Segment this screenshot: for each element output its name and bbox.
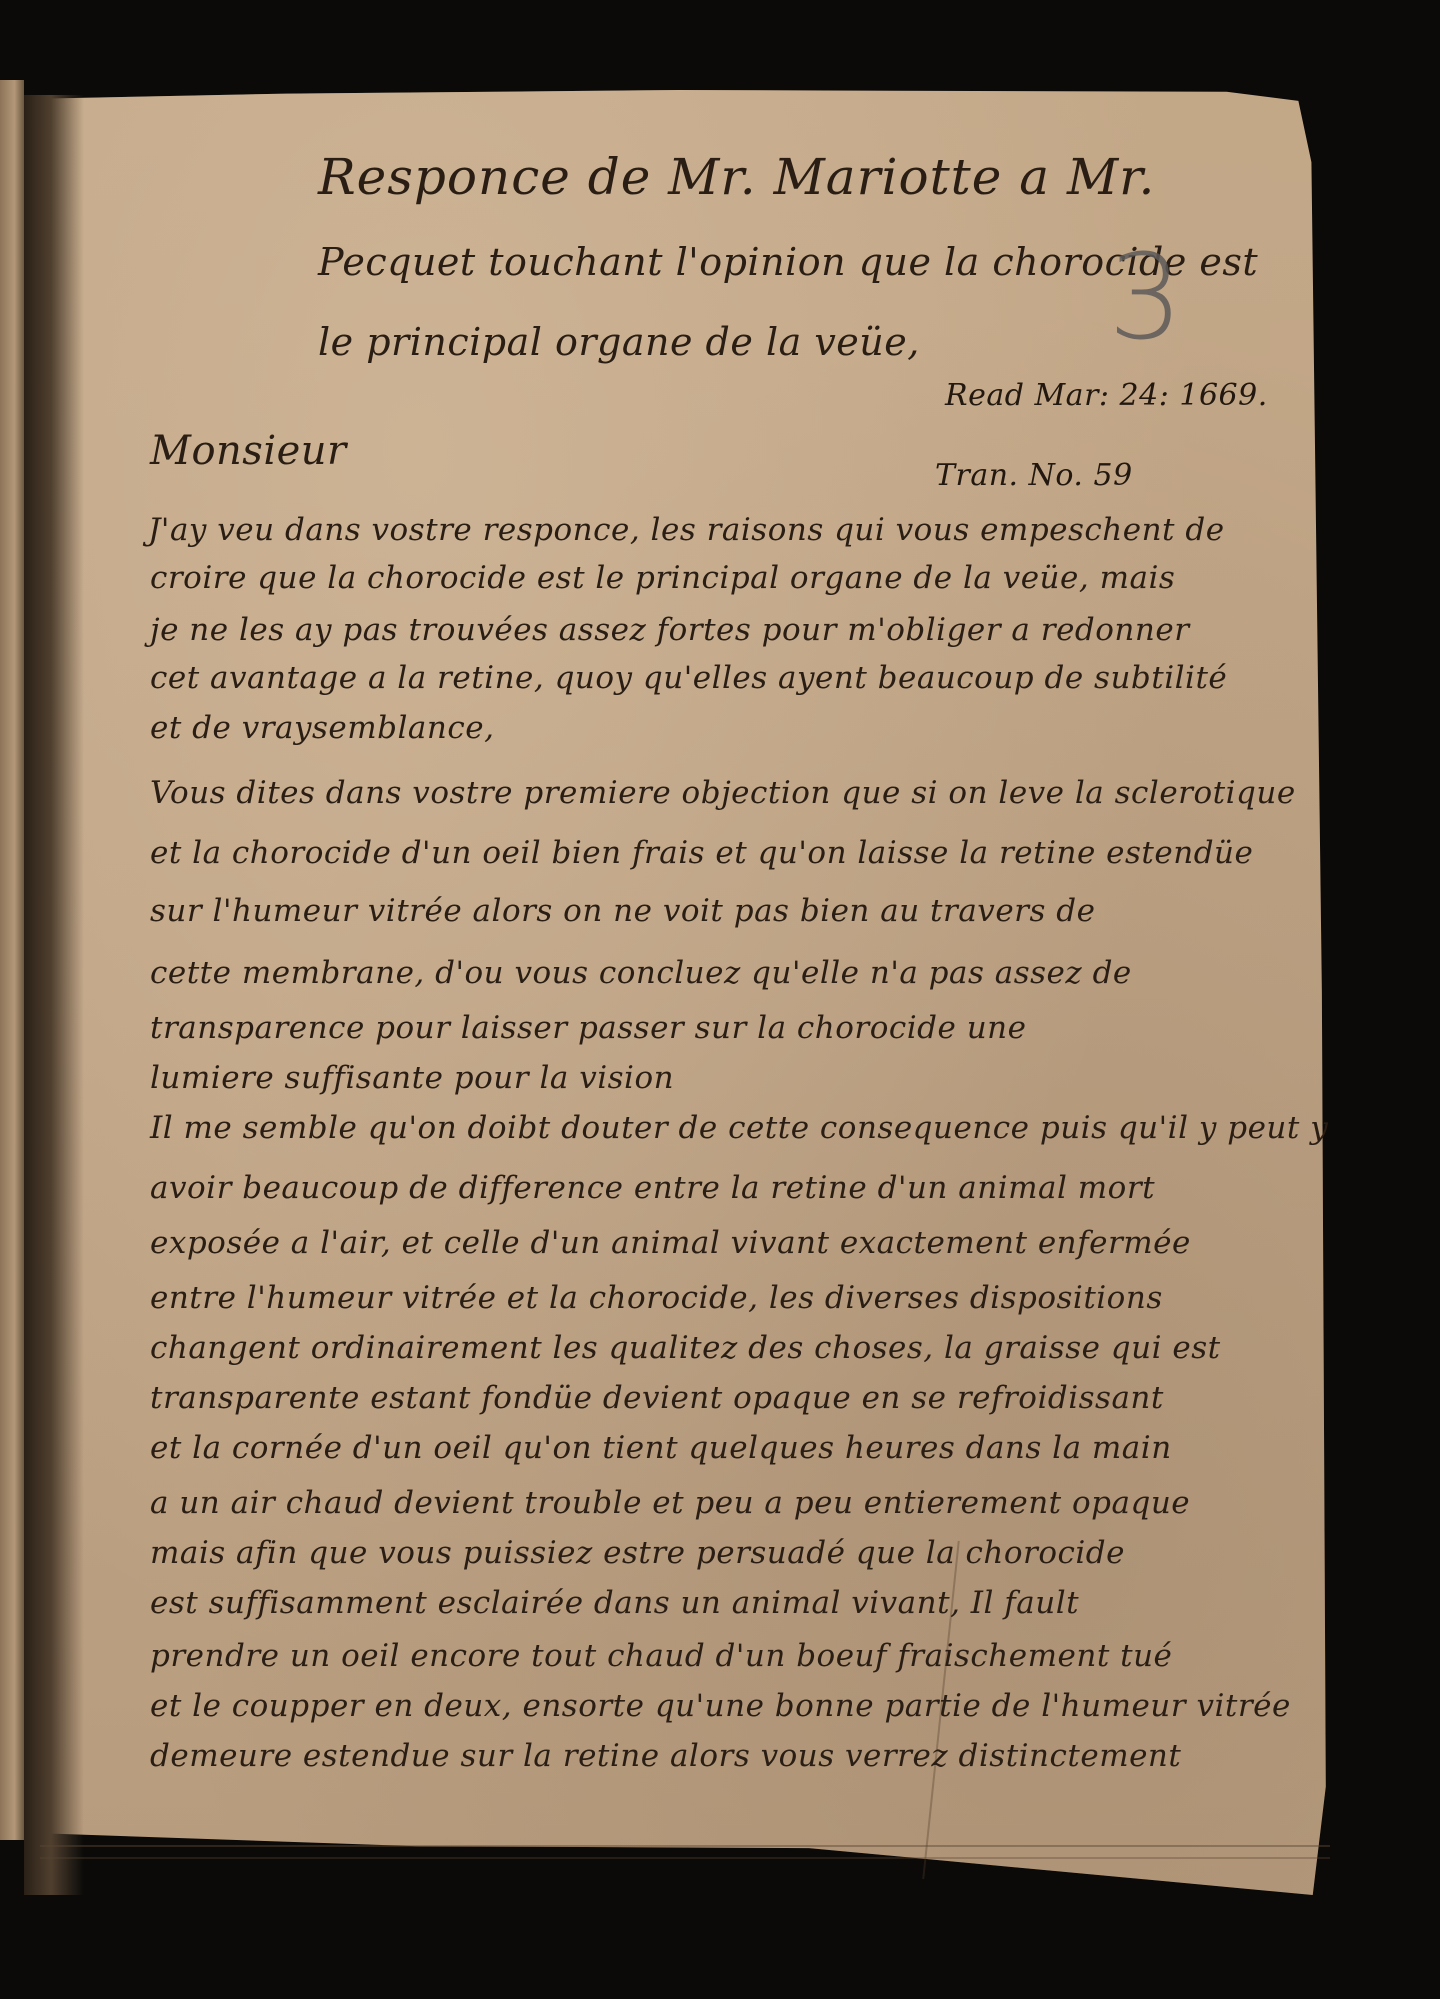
- paragraph-1-line-1: J'ay veu dans vostre responce, les raiso…: [148, 512, 1225, 548]
- paragraph-1-line-2: croire que la chorocide est le principal…: [150, 560, 1175, 596]
- manuscript-text: Responce de Mr. Mariotte a Mr. Pecquet t…: [0, 0, 1440, 1999]
- title-line-1: Responce de Mr. Mariotte a Mr.: [318, 148, 1155, 206]
- paragraph-3-line-6: transparente estant fondüe devient opaqu…: [150, 1380, 1164, 1416]
- paragraph-2-line-2: et la chorocide d'un oeil bien frais et …: [150, 835, 1253, 871]
- paragraph-3-line-4: entre l'humeur vitrée et la chorocide, l…: [150, 1280, 1163, 1316]
- paragraph-3-line-7: et la cornée d'un oeil qu'on tient quelq…: [150, 1430, 1172, 1466]
- paragraph-3-line-12: et le coupper en deux, ensorte qu'une bo…: [150, 1688, 1291, 1724]
- paragraph-1-line-4: cet avantage a la retine, quoy qu'elles …: [150, 660, 1227, 696]
- paragraph-1-line-5: et de vraysemblance,: [150, 710, 494, 746]
- transaction-number-note: Tran. No. 59: [935, 458, 1133, 493]
- paragraph-3-line-11: prendre un oeil encore tout chaud d'un b…: [150, 1638, 1172, 1674]
- paragraph-2-line-3: sur l'humeur vitrée alors on ne voit pas…: [150, 893, 1095, 929]
- paragraph-3-line-1: Il me semble qu'on doibt douter de cette…: [150, 1110, 1328, 1146]
- paragraph-3-line-3: exposée a l'air, et celle d'un animal vi…: [150, 1225, 1191, 1261]
- paragraph-3-line-10: est suffisamment esclairée dans un anima…: [150, 1585, 1079, 1621]
- salutation: Monsieur: [150, 428, 347, 474]
- paragraph-2-line-6: lumiere suffisante pour la vision: [150, 1060, 674, 1096]
- read-date-note: Read Mar: 24: 1669.: [945, 378, 1268, 413]
- paragraph-2-line-1: Vous dites dans vostre premiere objectio…: [150, 775, 1296, 811]
- paragraph-3-line-2: avoir beaucoup de difference entre la re…: [150, 1170, 1155, 1206]
- paragraph-3-line-8: a un air chaud devient trouble et peu a …: [150, 1485, 1190, 1521]
- title-line-3: le principal organe de la veüe,: [318, 320, 920, 364]
- paragraph-2-line-5: transparence pour laisser passer sur la …: [150, 1010, 1026, 1046]
- paragraph-1-line-3: je ne les ay pas trouvées assez fortes p…: [150, 612, 1190, 648]
- paragraph-3-line-5: changent ordinairement les qualitez des …: [150, 1330, 1221, 1366]
- paragraph-3-line-13: demeure estendue sur la retine alors vou…: [150, 1738, 1181, 1774]
- paragraph-3-line-9: mais afin que vous puissiez estre persua…: [150, 1535, 1125, 1571]
- paragraph-2-line-4: cette membrane, d'ou vous concluez qu'el…: [150, 955, 1132, 991]
- pencil-folio-number: 3: [1108, 228, 1183, 366]
